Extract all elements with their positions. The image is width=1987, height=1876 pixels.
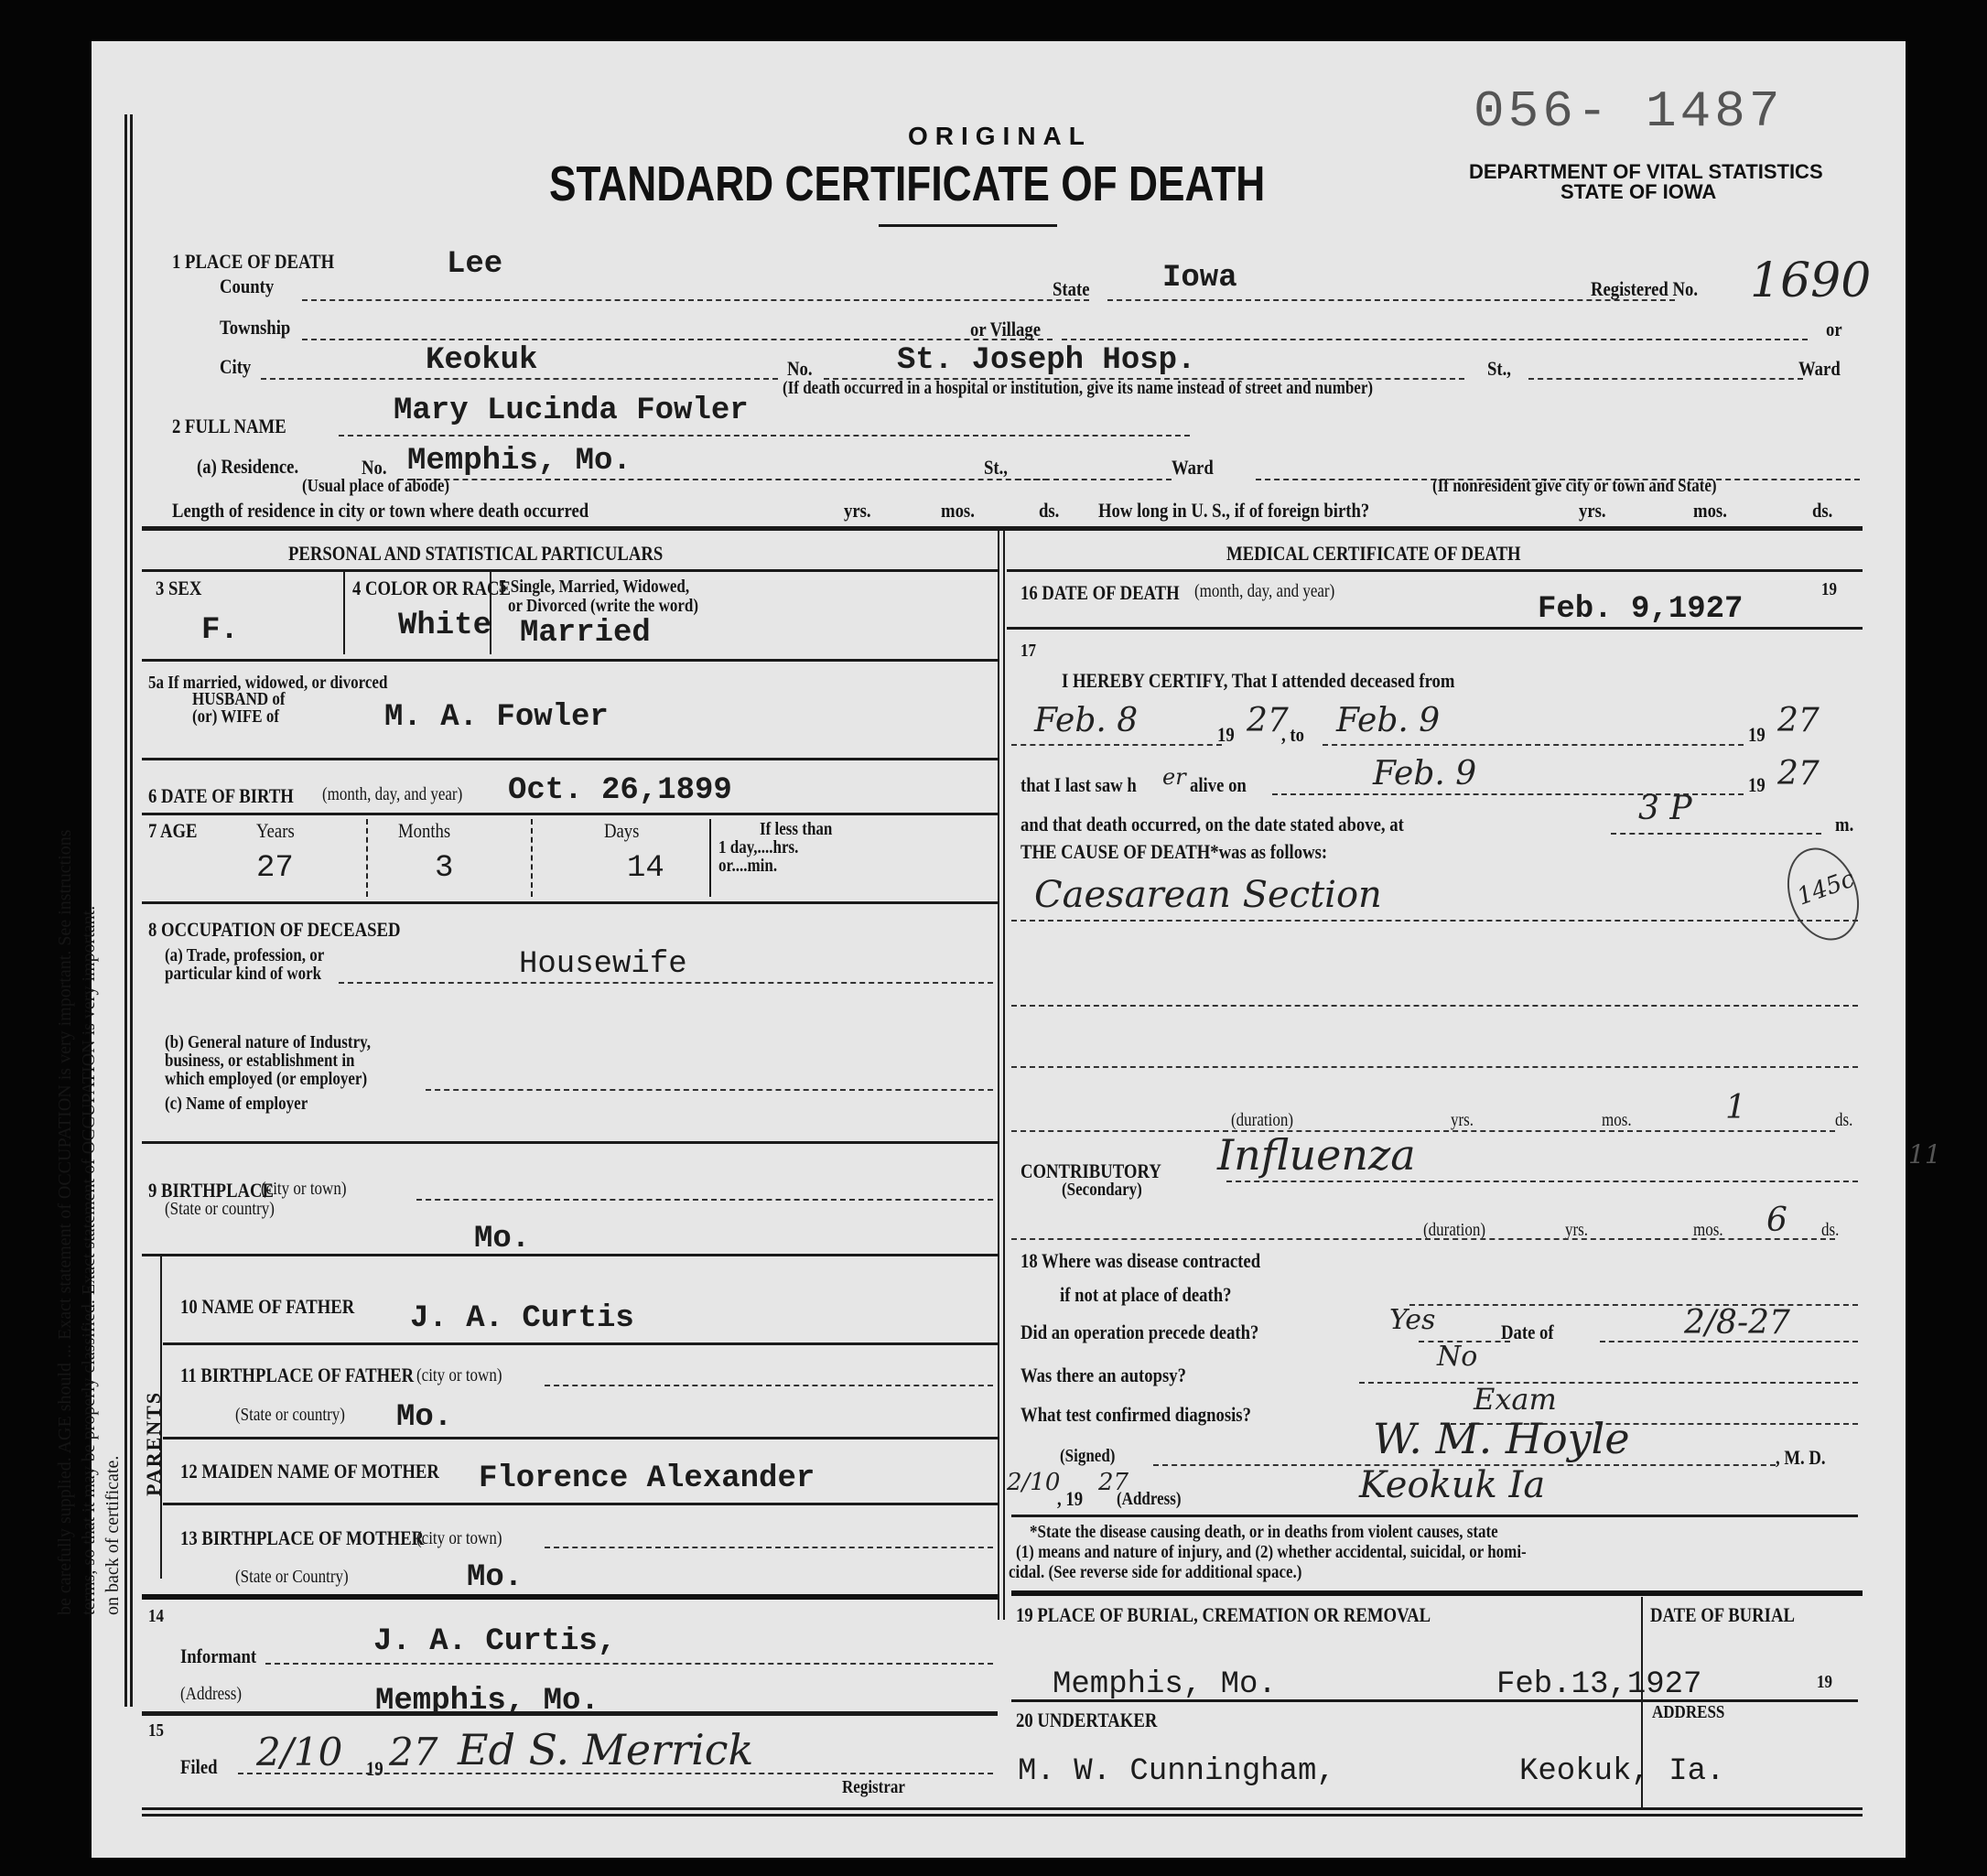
place-of-death-label: 1 PLACE OF DEATH bbox=[172, 250, 334, 274]
marital-value: Married bbox=[520, 616, 651, 651]
age-label: 7 AGE bbox=[148, 819, 198, 843]
dob-value: Oct. 26,1899 bbox=[508, 773, 732, 808]
parents-label: PARENTS bbox=[142, 1391, 166, 1496]
foreign-birth-label: How long in U. S., if of foreign birth? bbox=[1098, 499, 1369, 523]
yrs-label-3: yrs. bbox=[1451, 1110, 1474, 1131]
burial-place-value: Memphis, Mo. bbox=[1053, 1667, 1277, 1702]
mother-birthplace-state-hint: (State or Country) bbox=[235, 1567, 349, 1588]
column-divider bbox=[998, 531, 999, 1620]
nineteen-2: 19 bbox=[1748, 723, 1766, 747]
institution-value: St. Joseph Hosp. bbox=[897, 343, 1195, 378]
years-label: Years bbox=[256, 819, 295, 843]
operation-label: Did an operation precede death? bbox=[1020, 1321, 1258, 1344]
burial-19: 19 bbox=[1817, 1672, 1832, 1693]
filed-year-prefix: 19 bbox=[366, 1757, 383, 1781]
last-saw-label: that I last saw h bbox=[1020, 773, 1137, 797]
contributory-mark: 11 bbox=[1908, 1139, 1941, 1170]
residence-ward-label: Ward bbox=[1172, 456, 1214, 480]
state-value: Iowa bbox=[1162, 261, 1237, 296]
page-title: STANDARD CERTIFICATE OF DEATH bbox=[549, 156, 1265, 212]
mother-birthplace-hint: (city or town) bbox=[416, 1528, 502, 1549]
spouse-value: M. A. Fowler bbox=[384, 700, 609, 735]
nineteen-3: 19 bbox=[1748, 773, 1766, 797]
physician-signature: W. M. Hoyle bbox=[1373, 1414, 1630, 1463]
length-residence-label: Length of residence in city or town wher… bbox=[172, 499, 589, 523]
marital-label-1: 5 Single, Married, Widowed, bbox=[499, 577, 689, 598]
street-label: St., bbox=[1487, 357, 1511, 381]
full-name-label: 2 FULL NAME bbox=[172, 415, 286, 438]
village-label: or Village bbox=[970, 318, 1041, 341]
employer-label: (c) Name of employer bbox=[165, 1094, 308, 1115]
undertaker-address-value: Keokuk, Ia. bbox=[1519, 1754, 1724, 1789]
marital-label-2: or Divorced (write the word) bbox=[508, 596, 698, 617]
footnote-line-1: *State the disease causing death, or in … bbox=[1030, 1522, 1498, 1543]
residence-label: (a) Residence. bbox=[197, 455, 298, 479]
margin-rule bbox=[124, 114, 127, 1707]
filed-year: 27 bbox=[389, 1730, 437, 1774]
mos-label: mos. bbox=[941, 499, 975, 523]
race-value: White bbox=[398, 609, 491, 643]
q18-label-1: 18 Where was disease contracted bbox=[1020, 1249, 1260, 1273]
md-label: , M. D. bbox=[1776, 1446, 1826, 1470]
cause-value: Caesarean Section bbox=[1034, 874, 1382, 916]
yrs-label-2: yrs. bbox=[1579, 499, 1606, 523]
county-label: County bbox=[220, 275, 274, 298]
footnote-line-2: (1) means and nature of injury, and (2) … bbox=[1016, 1542, 1527, 1563]
file-number-stamp: 056- 1487 bbox=[1474, 82, 1783, 141]
certify-statement: I HEREBY CERTIFY, That I attended deceas… bbox=[1062, 669, 1454, 693]
father-birthplace-state-hint: (State or country) bbox=[235, 1405, 345, 1426]
dod-hint: (month, day, and year) bbox=[1194, 581, 1334, 602]
operation-date: 2/8-27 bbox=[1684, 1304, 1790, 1342]
autopsy-value: No bbox=[1437, 1341, 1477, 1373]
filed-date: 2/10 bbox=[256, 1730, 342, 1774]
original-label: ORIGINAL bbox=[908, 122, 1092, 151]
yrs-label: yrs. bbox=[844, 499, 871, 523]
city-label: City bbox=[220, 355, 251, 379]
contributory-duration-days: 6 bbox=[1766, 1202, 1787, 1239]
last-saw-date: Feb. 9 bbox=[1373, 755, 1476, 792]
residence-value: Memphis, Mo. bbox=[407, 444, 632, 479]
test-value: Exam bbox=[1474, 1382, 1557, 1417]
city-value: Keokuk bbox=[426, 343, 537, 378]
mother-birthplace-label: 13 BIRTHPLACE OF MOTHER bbox=[180, 1526, 424, 1550]
attended-to-year: 27 bbox=[1777, 702, 1820, 739]
birthplace-state-hint: (State or country) bbox=[165, 1199, 275, 1220]
filed-label: Filed bbox=[180, 1755, 218, 1779]
registrar-signature: Ed S. Merrick bbox=[458, 1725, 753, 1774]
operation-value: Yes bbox=[1389, 1304, 1435, 1336]
registrar-label: Registrar bbox=[842, 1777, 905, 1798]
county-value: Lee bbox=[447, 247, 502, 282]
dod-value: Feb. 9,1927 bbox=[1538, 592, 1743, 627]
informant-number: 14 bbox=[148, 1606, 164, 1627]
medical-section-title: MEDICAL CERTIFICATE OF DEATH bbox=[1226, 542, 1521, 566]
hospital-note: (If death occurred in a hospital or inst… bbox=[783, 378, 1373, 399]
father-birthplace-label: 11 BIRTHPLACE OF FATHER bbox=[180, 1364, 414, 1387]
occupation-label: 8 OCCUPATION OF DECEASED bbox=[148, 918, 401, 942]
duration-label: (duration) bbox=[1231, 1110, 1293, 1131]
registered-no-value: 1690 bbox=[1750, 253, 1871, 308]
abode-note: (Usual place of abode) bbox=[302, 476, 449, 497]
footnote-line-3: cidal. (See reverse side for additional … bbox=[1009, 1562, 1301, 1583]
m-label: m. bbox=[1835, 813, 1853, 836]
last-saw-year: 27 bbox=[1777, 755, 1820, 792]
signed-label: (Signed) bbox=[1060, 1446, 1115, 1467]
stamp-circle: 145c bbox=[1775, 837, 1871, 950]
physician-address-label: (Address) bbox=[1117, 1489, 1182, 1510]
trade-value: Housewife bbox=[519, 947, 687, 982]
department-line2: STATE OF IOWA bbox=[1560, 180, 1716, 204]
death-time-value: 3 P bbox=[1638, 790, 1692, 827]
trade-label-2: particular kind of work bbox=[165, 964, 321, 985]
stamp-text: 145c bbox=[1794, 865, 1859, 911]
informant-address-label: (Address) bbox=[180, 1684, 242, 1705]
death-time-label: and that death occurred, on the date sta… bbox=[1020, 813, 1404, 836]
township-label: Township bbox=[220, 316, 290, 340]
residence-st-label: St., bbox=[984, 456, 1008, 480]
industry-label-3: which employed (or employer) bbox=[165, 1069, 367, 1090]
age-years-value: 27 bbox=[256, 851, 294, 886]
mos-label-2: mos. bbox=[1693, 499, 1727, 523]
cause-label: THE CAUSE OF DEATH*was as follows: bbox=[1020, 840, 1327, 864]
signed-date: 2/10 bbox=[1007, 1469, 1060, 1496]
months-label: Months bbox=[398, 819, 450, 843]
undertaker-value: M. W. Cunningham, bbox=[1018, 1754, 1335, 1789]
nineteen-1: 19 bbox=[1217, 723, 1235, 747]
nonresident-note: (If nonresident give city or town and St… bbox=[1432, 476, 1717, 497]
father-value: J. A. Curtis bbox=[410, 1301, 634, 1336]
mother-label: 12 MAIDEN NAME OF MOTHER bbox=[180, 1460, 439, 1483]
dod-label: 16 DATE OF DEATH bbox=[1020, 581, 1180, 605]
mos-label-3: mos. bbox=[1602, 1110, 1632, 1131]
item-17: 17 bbox=[1020, 641, 1036, 662]
undertaker-address-label: ADDRESS bbox=[1652, 1702, 1724, 1723]
secondary-label: (Secondary) bbox=[1062, 1180, 1142, 1201]
ds-label-2: ds. bbox=[1812, 499, 1832, 523]
sex-value: F. bbox=[201, 613, 239, 648]
undertaker-label: 20 UNDERTAKER bbox=[1016, 1709, 1157, 1732]
alive-on-label: alive on bbox=[1190, 773, 1247, 797]
dob-label: 6 DATE OF BIRTH bbox=[148, 784, 294, 808]
ds-label-3: ds. bbox=[1835, 1110, 1852, 1131]
father-birthplace-value: Mo. bbox=[396, 1400, 452, 1435]
last-saw-pronoun: er bbox=[1162, 764, 1186, 790]
days-label: Days bbox=[604, 819, 639, 843]
spouse-label-3: (or) WIFE of bbox=[192, 706, 279, 728]
mother-birthplace-value: Mo. bbox=[467, 1560, 523, 1595]
personal-section-title: PERSONAL AND STATISTICAL PARTICULARS bbox=[288, 542, 663, 566]
title-underline bbox=[879, 224, 1057, 227]
full-name-value: Mary Lucinda Fowler bbox=[394, 394, 749, 428]
less-than-label-3: or....min. bbox=[718, 856, 777, 877]
informant-label: Informant bbox=[180, 1644, 256, 1668]
attended-to: Feb. 9 bbox=[1336, 702, 1440, 739]
test-label: What test confirmed diagnosis? bbox=[1020, 1403, 1251, 1427]
or-label: or bbox=[1826, 318, 1842, 341]
autopsy-label: Was there an autopsy? bbox=[1020, 1364, 1186, 1387]
registered-no-label: Registered No. bbox=[1591, 277, 1698, 301]
attended-from: Feb. 8 bbox=[1034, 702, 1138, 739]
q18-label-2: if not at place of death? bbox=[1060, 1283, 1232, 1307]
certificate-page: be carefully supplied. AGE should ... Ex… bbox=[92, 41, 1906, 1858]
cause-duration-days: 1 bbox=[1725, 1089, 1746, 1127]
date-of-label: Date of bbox=[1501, 1321, 1554, 1344]
dod-19: 19 bbox=[1821, 579, 1837, 600]
state-label: State bbox=[1053, 277, 1090, 301]
side-instructions: be carefully supplied. AGE should ... Ex… bbox=[55, 243, 76, 1615]
father-birthplace-hint: (city or town) bbox=[416, 1365, 502, 1386]
signed-year-prefix: , 19 bbox=[1057, 1487, 1083, 1511]
mother-value: Florence Alexander bbox=[479, 1461, 815, 1496]
to-label: , to bbox=[1281, 723, 1304, 747]
side-instructions-3: on back of certificate. bbox=[103, 1456, 124, 1615]
margin-rule bbox=[130, 114, 133, 1707]
contributory-value: Influenza bbox=[1217, 1130, 1416, 1180]
race-label: 4 COLOR OR RACE bbox=[352, 577, 511, 600]
burial-date-label: DATE OF BURIAL bbox=[1650, 1603, 1795, 1627]
ward-label: Ward bbox=[1798, 357, 1841, 381]
age-days-value: 14 bbox=[627, 851, 664, 886]
burial-place-label: 19 PLACE OF BURIAL, CREMATION OR REMOVAL bbox=[1016, 1603, 1431, 1627]
filed-number: 15 bbox=[148, 1720, 164, 1741]
physician-address: Keokuk Ia bbox=[1359, 1464, 1545, 1506]
side-instructions-2: terms, so that it may be properly classi… bbox=[79, 906, 100, 1615]
sex-label: 3 SEX bbox=[156, 577, 201, 600]
father-label: 10 NAME OF FATHER bbox=[180, 1295, 354, 1319]
dob-hint: (month, day, and year) bbox=[322, 784, 462, 805]
burial-date-value: Feb.13,1927 bbox=[1496, 1667, 1701, 1702]
informant-value: J. A. Curtis, bbox=[373, 1624, 616, 1659]
birthplace-hint: (city or town) bbox=[261, 1179, 346, 1200]
ds-label: ds. bbox=[1039, 499, 1059, 523]
age-months-value: 3 bbox=[435, 851, 453, 886]
birthplace-value: Mo. bbox=[474, 1222, 530, 1256]
